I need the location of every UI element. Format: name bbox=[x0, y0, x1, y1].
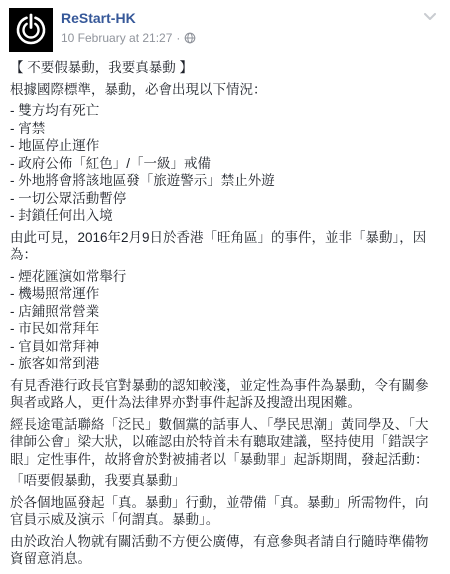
power-icon bbox=[9, 8, 53, 52]
post-list-item: - 官員如常拜神 bbox=[10, 338, 438, 356]
post-paragraph: 由此可見，2016年2月9日於香港「旺角區」的事件，並非「暴動」，因為： bbox=[10, 229, 438, 264]
post-list: - 煙花匯演如常舉行- 機場照常運作- 店鋪照常營業- 市民如常拜年- 官員如常… bbox=[10, 268, 438, 373]
post-timestamp[interactable]: 10 February at 21:27 bbox=[61, 31, 172, 45]
post-body: 【 不要假暴動，我要真暴動 】根據國際標準，暴動，必會出現以下情況：- 雙方均有… bbox=[0, 54, 450, 568]
globe-icon bbox=[184, 32, 196, 44]
post-list-item: - 地區停止運作 bbox=[10, 137, 438, 155]
post-list-item: - 店鋪照常營業 bbox=[10, 303, 438, 321]
timestamp-row: 10 February at 21:27 · bbox=[61, 31, 196, 45]
post-list-item: - 煙花匯演如常舉行 bbox=[10, 268, 438, 286]
post-list-item: - 政府公佈「紅色」/「一級」戒備 bbox=[10, 155, 438, 173]
post-paragraph: 有見香港行政長官對暴動的認知較淺，並定性為事件為暴動，令有關參與者或路人，更什為… bbox=[10, 377, 438, 412]
post-paragraph: 由於政治人物就有關活動不方便公廣傳，有意參與者請自行隨時準備物資留意消息。 bbox=[10, 533, 438, 568]
post-list: - 雙方均有死亡- 宵禁- 地區停止運作- 政府公佈「紅色」/「一級」戒備- 外… bbox=[10, 102, 438, 225]
post-paragraph: 「唔要假暴動，我要真暴動」 bbox=[10, 472, 438, 490]
dot-separator: · bbox=[176, 31, 180, 45]
header-meta: ReStart-HK 10 February at 21:27 · bbox=[61, 8, 196, 45]
post-paragraph: 於各個地區發起「真。暴動」行動，並帶備「真。暴動」所需物件，向官員示威及演示「何… bbox=[10, 494, 438, 529]
post-list-item: - 一切公眾活動暫停 bbox=[10, 190, 438, 208]
chevron-down-icon[interactable] bbox=[422, 8, 438, 24]
post-list-item: - 宵禁 bbox=[10, 120, 438, 138]
post-list-item: - 機場照常運作 bbox=[10, 285, 438, 303]
post-list-item: - 外地將會將該地區發「旅遊警示」禁止外遊 bbox=[10, 172, 438, 190]
post-list-item: - 市民如常拜年 bbox=[10, 320, 438, 338]
post-paragraph: 【 不要假暴動，我要真暴動 】 bbox=[10, 59, 438, 77]
post-header: ReStart-HK 10 February at 21:27 · bbox=[0, 0, 450, 54]
post-paragraph: 根據國際標準，暴動，必會出現以下情況： bbox=[10, 81, 438, 99]
page-avatar[interactable] bbox=[9, 8, 53, 52]
post-paragraph: 經長途電話聯絡「泛民」數個黨的話事人、「學民思潮」黃同學及、「大律師公會」梁大狀… bbox=[10, 416, 438, 469]
post-list-item: - 雙方均有死亡 bbox=[10, 102, 438, 120]
facebook-post-card: ReStart-HK 10 February at 21:27 · 【 不要假暴… bbox=[0, 0, 450, 574]
post-list-item: - 旅客如常到港 bbox=[10, 355, 438, 373]
post-list-item: - 封鎖任何出入境 bbox=[10, 207, 438, 225]
author-link[interactable]: ReStart-HK bbox=[61, 10, 136, 26]
